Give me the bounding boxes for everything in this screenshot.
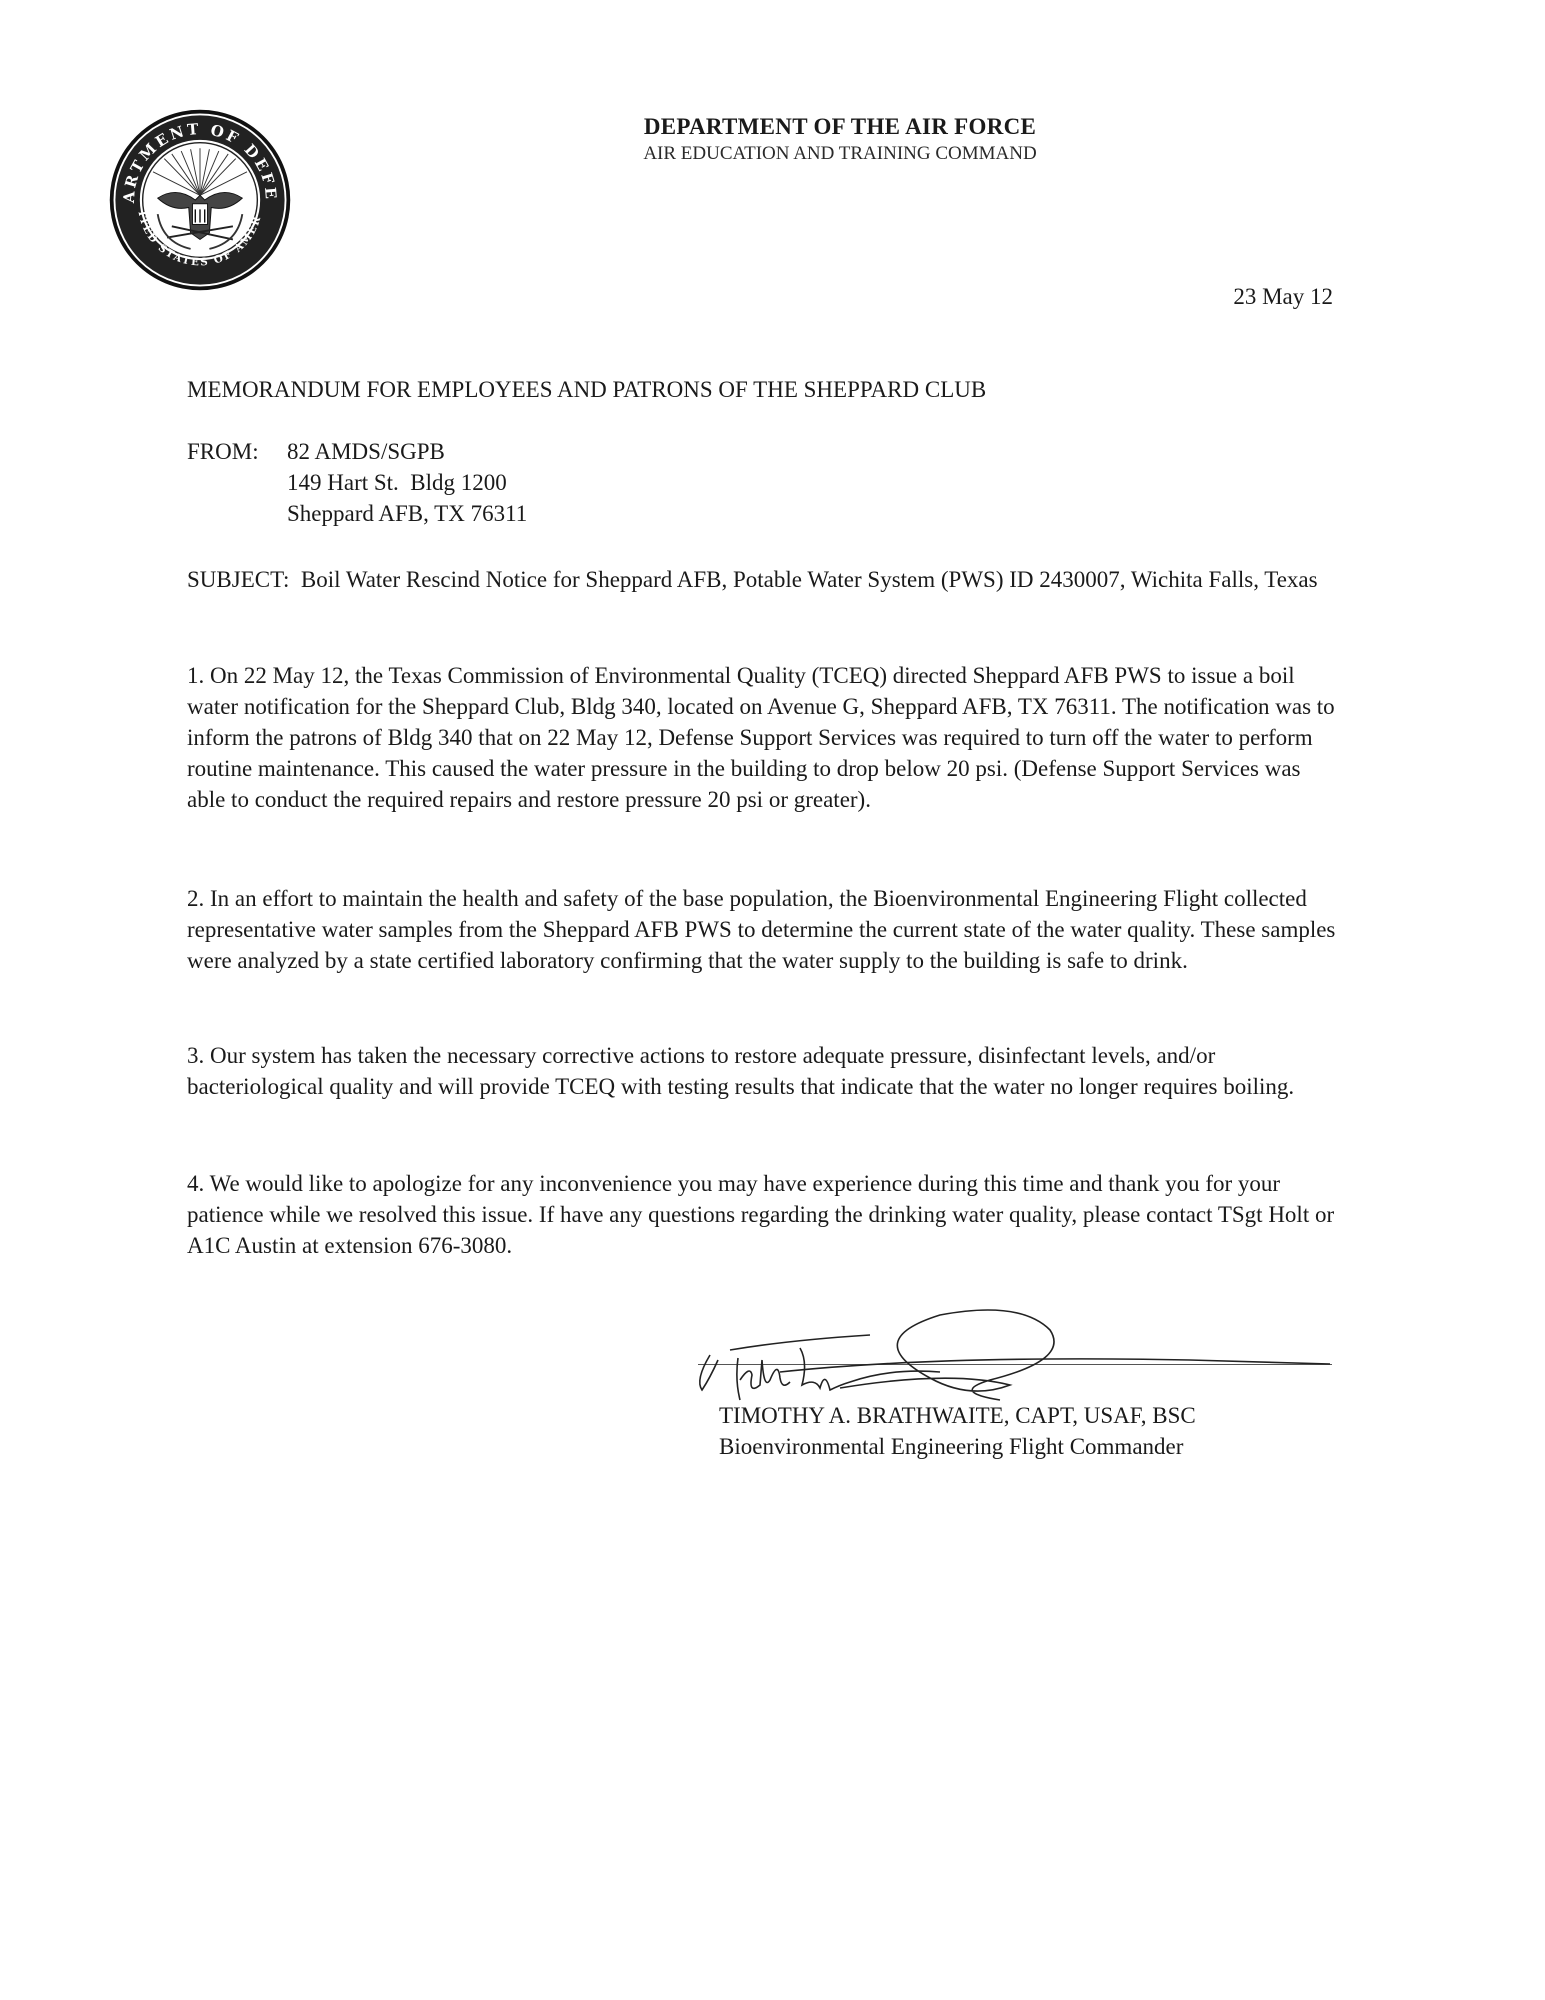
from-address-line: 149 Hart St. Bldg 1200	[187, 467, 1337, 498]
letterhead: DEPARTMENT OF THE AIR FORCE AIR EDUCATIO…	[540, 112, 1140, 166]
paragraph-4: 4. We would like to apologize for any in…	[187, 1168, 1337, 1261]
dod-seal-icon: DEPARTMENT OF DEFENSE UNITED STATES OF A…	[106, 106, 294, 294]
memo-for-line: MEMORANDUM FOR EMPLOYEES AND PATRONS OF …	[187, 374, 1337, 405]
memo-date: 23 May 12	[1233, 284, 1333, 310]
command-name: AIR EDUCATION AND TRAINING COMMAND	[540, 142, 1140, 166]
from-label: FROM:	[187, 436, 287, 467]
from-office: 82 AMDS/SGPB	[287, 436, 445, 467]
paragraph-3: 3. Our system has taken the necessary co…	[187, 1040, 1337, 1102]
from-city-line: Sheppard AFB, TX 76311	[187, 498, 1337, 529]
signer-title: Bioenvironmental Engineering Flight Comm…	[719, 1431, 1196, 1462]
subject-label: SUBJECT:	[187, 567, 289, 592]
subject-block: SUBJECT: Boil Water Rescind Notice for S…	[187, 564, 1337, 595]
paragraph-2: 2. In an effort to maintain the health a…	[187, 883, 1337, 976]
paragraph-1: 1. On 22 May 12, the Texas Commission of…	[187, 660, 1337, 815]
department-name: DEPARTMENT OF THE AIR FORCE	[540, 112, 1140, 142]
handwritten-signature-icon	[690, 1300, 1330, 1410]
signer-name: TIMOTHY A. BRATHWAITE, CAPT, USAF, BSC	[719, 1400, 1196, 1431]
from-block: FROM: 82 AMDS/SGPB 149 Hart St. Bldg 120…	[187, 436, 1337, 529]
subject-text: Boil Water Rescind Notice for Sheppard A…	[301, 567, 1318, 592]
signature-block: TIMOTHY A. BRATHWAITE, CAPT, USAF, BSC B…	[719, 1400, 1196, 1462]
